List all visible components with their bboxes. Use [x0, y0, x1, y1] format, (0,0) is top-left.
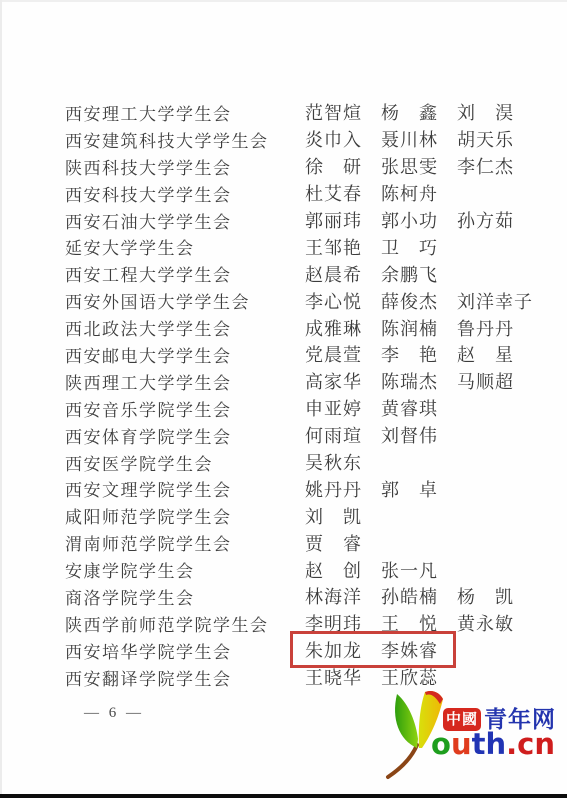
- scan-edge-top: [0, 0, 567, 2]
- winner-names: 徐 研 张思雯 李仁杰: [305, 153, 514, 179]
- list-row: 安康学院学生会赵 创 张一凡: [65, 556, 551, 583]
- org-name: 陕西科技大学学生会: [65, 154, 305, 179]
- document-page: 西安理工大学学生会范智煊 杨 鑫 刘 淏 西安建筑科技大学学生会炎巾入 聂川林 …: [0, 0, 567, 798]
- winner-names: 申亚婷 黄睿琪: [305, 395, 438, 421]
- winner-names-highlighted: 朱加龙 李姝睿: [305, 637, 438, 663]
- winner-names: 成雅琳 陈润楠 鲁丹丹: [305, 315, 514, 341]
- org-name: 安康学院学生会: [65, 557, 305, 582]
- award-list: 西安理工大学学生会范智煊 杨 鑫 刘 淏 西安建筑科技大学学生会炎巾入 聂川林 …: [65, 99, 551, 691]
- list-row: 商洛学院学生会林海洋 孙皓楠 杨 凯: [65, 583, 551, 610]
- org-name: 西安培华学院学生会: [65, 638, 305, 663]
- list-row: 咸阳师范学院学生会刘 凯: [65, 502, 551, 529]
- winner-names: 何雨瑄 刘督伟: [305, 422, 438, 448]
- list-row: 西安工程大学学生会赵晨希 余鹏飞: [65, 260, 551, 287]
- org-name: 西安邮电大学学生会: [65, 342, 305, 367]
- list-row: 陕西学前师范学院学生会李明玮 王 悦 黄永敏: [65, 610, 551, 637]
- org-name: 西安石油大学学生会: [65, 208, 305, 233]
- winner-names: 高家华 陈瑞杰 马顺超: [305, 368, 514, 394]
- org-name: 西安外国语大学学生会: [65, 288, 305, 313]
- winner-names: 范智煊 杨 鑫 刘 淏: [305, 99, 514, 125]
- org-name: 西安文理学院学生会: [65, 476, 305, 501]
- youth-cn-wordmark: outh.cn: [431, 730, 555, 759]
- page-number: — 6 —: [84, 705, 144, 722]
- list-row: 陕西理工大学学生会高家华 陈瑞杰 马顺超: [65, 368, 551, 395]
- list-row: 西北政法大学学生会成雅琳 陈润楠 鲁丹丹: [65, 314, 551, 341]
- list-row: 渭南师范学院学生会贾 睿: [65, 529, 551, 556]
- list-row: 西安音乐学院学生会申亚婷 黄睿琪: [65, 395, 551, 422]
- winner-names: 赵 创 张一凡: [305, 557, 438, 583]
- org-name: 西安医学院学生会: [65, 450, 305, 475]
- list-row: 西安石油大学学生会郭丽玮 郭小功 孙方茹: [65, 207, 551, 234]
- list-row: 西安外国语大学学生会李心悦 薛俊杰 刘洋幸子: [65, 287, 551, 314]
- list-row: 西安建筑科技大学学生会炎巾入 聂川林 胡天乐: [65, 126, 551, 153]
- org-name: 西安体育学院学生会: [65, 423, 305, 448]
- org-name: 西安音乐学院学生会: [65, 396, 305, 421]
- org-name: 西安理工大学学生会: [65, 100, 305, 125]
- list-row: 西安理工大学学生会范智煊 杨 鑫 刘 淏: [65, 99, 551, 126]
- winner-names: 炎巾入 聂川林 胡天乐: [305, 126, 514, 152]
- list-row: 西安医学院学生会吴秋东: [65, 449, 551, 476]
- winner-names: 杜艾春 陈柯舟: [305, 180, 438, 206]
- list-row: 延安大学学生会王邹艳 卫 巧: [65, 233, 551, 260]
- winner-names: 赵晨希 余鹏飞: [305, 261, 438, 287]
- list-row-highlighted: 西安培华学院学生会朱加龙 李姝睿: [65, 637, 551, 664]
- list-row: 西安体育学院学生会何雨瑄 刘督伟: [65, 422, 551, 449]
- scan-edge-bottom: [0, 794, 567, 798]
- scan-edge-left: [0, 0, 2, 798]
- org-name: 西安建筑科技大学学生会: [65, 127, 305, 152]
- org-name: 渭南师范学院学生会: [65, 530, 305, 555]
- winner-names: 姚丹丹 郭 卓: [305, 476, 438, 502]
- org-name: 延安大学学生会: [65, 234, 305, 259]
- winner-names: 王邹艳 卫 巧: [305, 234, 438, 260]
- winner-names: 刘 凯: [305, 503, 362, 529]
- org-name: 咸阳师范学院学生会: [65, 503, 305, 528]
- winner-names: 党晨萱 李 艳 赵 星: [305, 341, 514, 367]
- org-name: 陕西理工大学学生会: [65, 369, 305, 394]
- list-row: 西安文理学院学生会姚丹丹 郭 卓: [65, 475, 551, 502]
- org-name: 西安科技大学学生会: [65, 181, 305, 206]
- org-name: 陕西学前师范学院学生会: [65, 611, 305, 636]
- winner-names: 吴秋东: [305, 449, 362, 475]
- list-row: 西安科技大学学生会杜艾春 陈柯舟: [65, 180, 551, 207]
- list-row: 西安邮电大学学生会党晨萱 李 艳 赵 星: [65, 341, 551, 368]
- org-name: 商洛学院学生会: [65, 584, 305, 609]
- winner-names: 郭丽玮 郭小功 孙方茹: [305, 207, 514, 233]
- list-row: 陕西科技大学学生会徐 研 张思雯 李仁杰: [65, 153, 551, 180]
- org-name: 西北政法大学学生会: [65, 315, 305, 340]
- org-name: 西安工程大学学生会: [65, 261, 305, 286]
- youth-cn-watermark: 中國 青年网 outh.cn: [383, 687, 567, 782]
- winner-names: 林海洋 孙皓楠 杨 凯: [305, 583, 514, 609]
- winner-names: 贾 睿: [305, 530, 362, 556]
- winner-names: 李明玮 王 悦 黄永敏: [305, 610, 514, 636]
- org-name: 西安翻译学院学生会: [65, 665, 305, 690]
- winner-names: 李心悦 薛俊杰 刘洋幸子: [305, 288, 533, 314]
